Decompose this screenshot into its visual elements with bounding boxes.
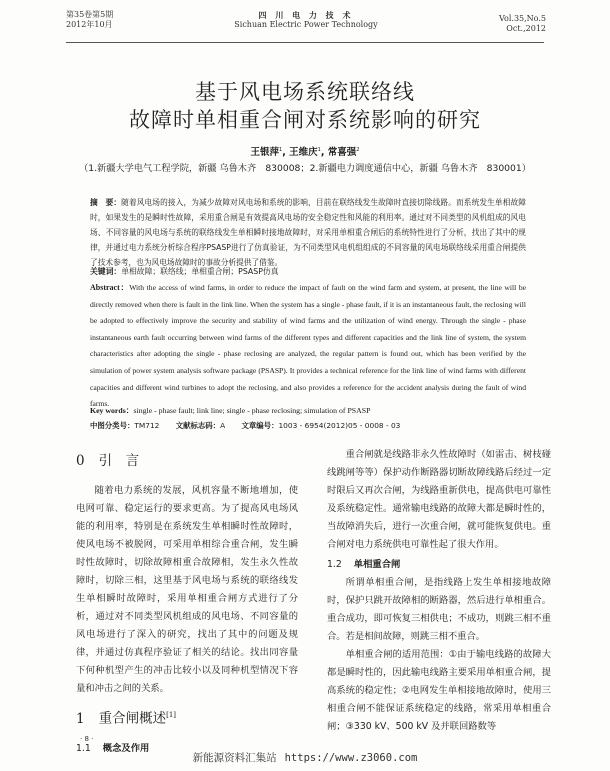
section-title: 引 言 bbox=[99, 453, 140, 469]
classification-info: 中图分类号：TM712 文献标志码：A 文章编号：1003 - 6954(201… bbox=[90, 420, 414, 431]
single-phase-paragraph: 所谓单相重合闸，是指线路上发生单相接地故障时，保护只跳开故障相的断路器，然后进行… bbox=[327, 574, 551, 646]
section-number: 0 bbox=[76, 453, 85, 469]
concept-paragraph: 重合闸就是线路非永久性故障时（如雷击、树枝碰线跳闸等等）保护动作断路器切断故障线… bbox=[327, 446, 551, 554]
doc-code-label: 文献标志码： bbox=[176, 421, 220, 430]
header-month-year: Oct.,2012 bbox=[499, 24, 546, 34]
body-column-left: 0引 言 随着电力系统的发展，风机容量不断地增加，使电网可靠、稳定运行的要求更高… bbox=[76, 444, 298, 758]
section-heading-reclosing: 1重合闸概述[1] bbox=[76, 704, 298, 730]
author-list: 王银萍1, 王维庆1, 常喜强2 bbox=[0, 144, 610, 158]
section-number: 1 bbox=[76, 711, 85, 727]
article-no-value: 1003 - 6954(2012)05 - 0008 - 03 bbox=[278, 421, 400, 430]
article-no-label: 文章编号： bbox=[242, 421, 279, 430]
running-header: 第35卷第5期 2012年10月 四 川 电 力 技 术 Sichuan Ele… bbox=[66, 10, 546, 40]
paper-title: 基于风电场系统联络线 故障时单相重合闸对系统影响的研究 bbox=[0, 78, 610, 134]
abstract-en: Abstract：With the access of wind farms, … bbox=[90, 280, 526, 413]
author-affil-mark: 1 bbox=[279, 147, 282, 153]
body-column-right: 重合闸就是线路非永久性故障时（如雷击、树枝碰线跳闸等等）保护动作断路器切断故障线… bbox=[327, 446, 551, 736]
abstract-en-label: Abstract： bbox=[90, 283, 129, 292]
keywords-en-text: single - phase fault; link line; single … bbox=[134, 406, 371, 415]
author-affil-mark: 2 bbox=[356, 147, 359, 153]
header-vol-no: Vol.35,No.5 bbox=[499, 14, 546, 24]
author-name: 常喜强 bbox=[328, 147, 357, 158]
clc-label: 中图分类号： bbox=[90, 421, 134, 430]
doc-code-value: A bbox=[220, 421, 225, 430]
watermark-url[interactable]: https://www.z3060.com bbox=[285, 752, 418, 764]
section-title: 重合闸概述 bbox=[99, 711, 167, 727]
affiliations: （1.新疆大学电气工程学院，新疆 乌鲁木齐 830008；2.新疆电力调度通信中… bbox=[0, 160, 610, 174]
journal-name: 四 川 电 力 技 术 Sichuan Electric Power Techn… bbox=[66, 10, 546, 30]
keywords-cn-label: 关键词： bbox=[90, 267, 121, 276]
journal-name-en: Sichuan Electric Power Technology bbox=[66, 20, 546, 30]
keywords-en-label: Key words： bbox=[90, 406, 134, 415]
author-name: 王维庆 bbox=[289, 147, 318, 158]
paper-page: 第35卷第5期 2012年10月 四 川 电 力 技 术 Sichuan Ele… bbox=[0, 0, 610, 771]
journal-name-cn: 四 川 电 力 技 术 bbox=[66, 10, 546, 20]
scope-paragraph: 单相重合闸的适用范围：①由于输电线路的故障大都是瞬时性的，因此输电线路主要采用单… bbox=[327, 646, 551, 736]
abstract-cn-text: 随着风电场的接入，为减少故障对风电场和系统的影响，目前在联络线发生故障时直接切除… bbox=[90, 198, 526, 267]
title-line-1: 基于风电场系统联络线 bbox=[0, 78, 610, 106]
keywords-cn-text: 单相故障；联络线；单相重合闸；PSASP仿真 bbox=[121, 267, 278, 276]
abstract-cn: 摘 要：随着风电场的接入，为减少故障对风电场和系统的影响，目前在联络线发生故障时… bbox=[90, 195, 526, 270]
keywords-cn: 关键词：单相故障；联络线；单相重合闸；PSASP仿真 bbox=[90, 266, 279, 277]
intro-paragraph: 随着电力系统的发展，风机容量不断地增加，使电网可靠、稳定运行的要求更高。为了提高… bbox=[76, 482, 298, 698]
subsection-title: 单相重合闸 bbox=[354, 559, 401, 570]
title-line-2: 故障时单相重合闸对系统影响的研究 bbox=[0, 106, 610, 134]
subsection-number: 1.2 bbox=[327, 559, 342, 570]
header-volume-en: Vol.35,No.5 Oct.,2012 bbox=[499, 14, 546, 34]
subsection-heading-single-phase: 1.2单相重合闸 bbox=[327, 556, 551, 574]
keywords-en: Key words：single - phase fault; link lin… bbox=[90, 405, 370, 416]
section-heading-intro: 0引 言 bbox=[76, 450, 298, 472]
citation-ref: [1] bbox=[166, 711, 176, 719]
abstract-en-text: With the access of wind farms, in order … bbox=[90, 283, 526, 408]
clc-value: TM712 bbox=[134, 421, 159, 430]
author-affil-mark: 1 bbox=[318, 147, 321, 153]
watermark-site: 新能源资料汇集站 bbox=[193, 752, 277, 764]
header-divider bbox=[66, 42, 544, 43]
page-number: · 8 · bbox=[80, 735, 93, 743]
author-name: 王银萍 bbox=[251, 147, 280, 158]
abstract-cn-label: 摘 要： bbox=[90, 198, 121, 207]
watermark: 新能源资料汇集站https://www.z3060.com bbox=[0, 750, 610, 765]
